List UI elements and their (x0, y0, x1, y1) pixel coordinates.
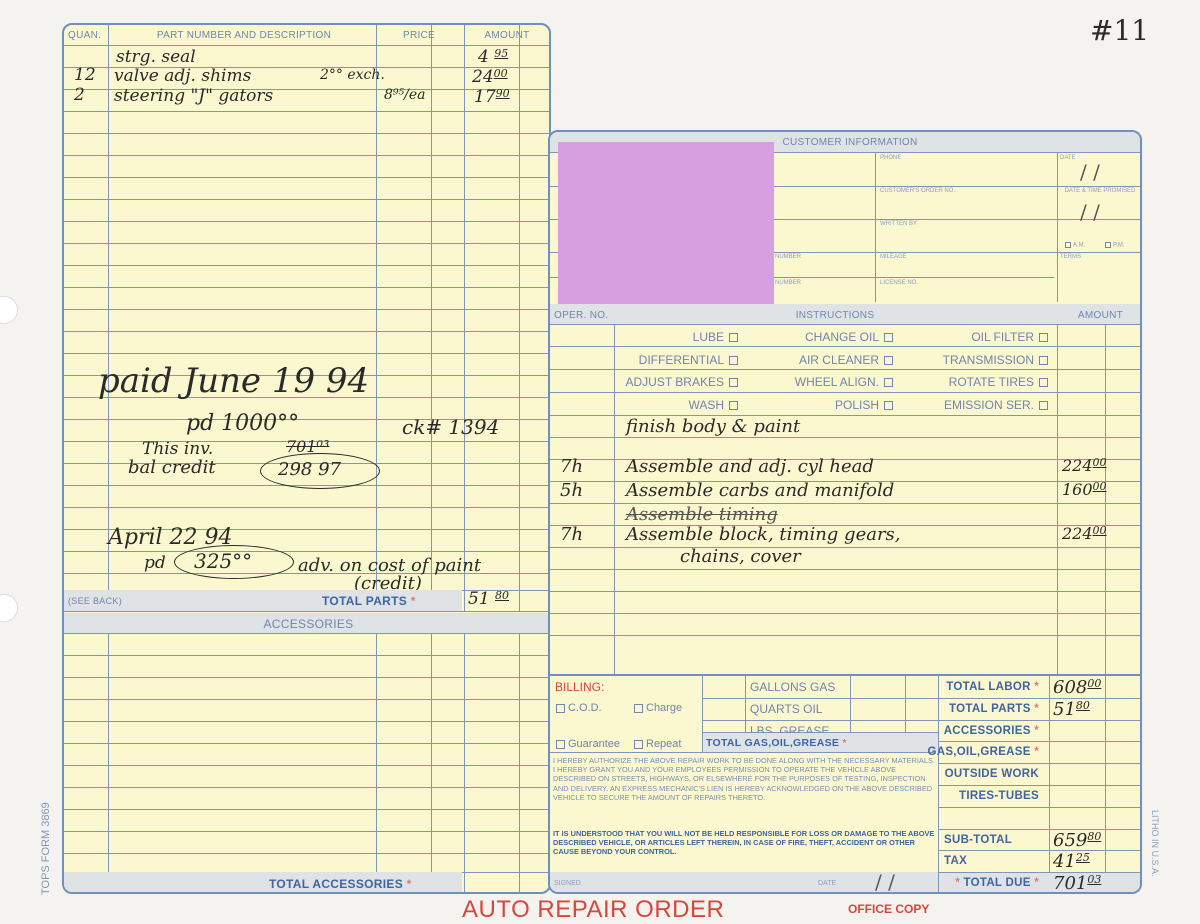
signature-field[interactable] (610, 875, 810, 893)
checkbox-emission-ser[interactable]: EMISSION SER. (944, 398, 1048, 412)
totals-label-sub-total: SUB-TOTAL (944, 834, 1012, 846)
printer-note: LITHO IN U.S.A. (1150, 810, 1160, 877)
header-instructions: INSTRUCTIONS (614, 310, 1056, 321)
checkbox-air-cleaner[interactable]: AIR CLEANER (799, 353, 893, 367)
header-quan: QUAN. (68, 30, 101, 41)
part-row-2-amount: 2400 (472, 67, 508, 87)
labor-oper-no: 7h (560, 524, 583, 545)
engine-number-label: NUMBER (775, 280, 801, 286)
note-balance-credit-label: bal credit (128, 457, 216, 478)
mileage-label: MILEAGE (880, 254, 907, 260)
binder-hole (0, 296, 18, 324)
license-no-label: LICENSE NO. (880, 280, 918, 286)
note-balance-credit-amount: 298 97 (278, 459, 341, 480)
document-title: AUTO REPAIR ORDER (462, 896, 724, 924)
total-parts-value: 51 80 (468, 589, 509, 609)
am-checkbox[interactable]: A.M. (1065, 242, 1085, 249)
total-parts-label: TOTAL PARTS * (322, 594, 416, 608)
signature-date-field[interactable]: / / (875, 870, 895, 894)
part-row-3-desc: steering "J" gators (114, 86, 273, 106)
labor-oper-no: 7h (560, 456, 583, 477)
note-paid-amount: pd 1000°° (186, 411, 299, 436)
labor-instruction: Assemble and adj. cyl head (626, 456, 874, 477)
header-amount: AMOUNT (464, 30, 550, 41)
header-price: PRICE (376, 30, 462, 41)
header-description: PART NUMBER AND DESCRIPTION (154, 30, 334, 41)
labor-amount: 22400 (1062, 456, 1107, 475)
note-april-pd-label: pd (144, 553, 166, 573)
date-label: DATE (1060, 155, 1076, 161)
pm-checkbox[interactable]: P.M. (1105, 242, 1125, 249)
totals-label-accessories: ACCESSORIES * (944, 725, 1039, 737)
parts-panel: QUAN. PART NUMBER AND DESCRIPTION PRICE … (62, 23, 551, 894)
totals-label-tax: TAX (944, 855, 967, 867)
note-paid-date: paid June 19 94 (98, 361, 369, 401)
checkbox-lube[interactable]: LUBE (693, 330, 738, 344)
checkbox-rotate-tires[interactable]: ROTATE TIRES (949, 375, 1048, 389)
see-back-note: (SEE BACK) (68, 596, 122, 606)
note-this-invoice-label: This inv. (142, 439, 213, 459)
form-id: TOPS FORM 3869 (40, 802, 52, 895)
checkbox-polish[interactable]: POLISH (835, 398, 893, 412)
part-row-3-amount: 1790 (474, 87, 510, 107)
note-april-amount: 325°° (194, 549, 252, 573)
labor-amount: 16000 (1062, 480, 1107, 499)
part-row-3-price: 8⁹⁵/ea (384, 87, 425, 103)
total-gas-oil-grease-label: TOTAL GAS,OIL,GREASE * (706, 737, 847, 749)
labor-instruction: Assemble block, timing gears, (626, 524, 901, 545)
header-labor-amount: AMOUNT (1057, 310, 1142, 321)
repair-panel: CUSTOMER INFORMATION PHONE DATE / / CUST… (548, 130, 1142, 894)
binder-hole (0, 594, 18, 622)
checkbox-transmission[interactable]: TRANSMISSION (943, 353, 1048, 367)
totals-label-total-labor: TOTAL LABOR * (946, 681, 1039, 693)
promised-date-field[interactable]: / / (1080, 200, 1100, 224)
gas-row-label: QUARTS OIL (750, 702, 822, 716)
redaction-sticker (558, 142, 774, 304)
terms-label: TERMS (1060, 254, 1081, 260)
checkbox-change-oil[interactable]: CHANGE OIL (805, 330, 893, 344)
gas-row-label: GALLONS GAS (750, 680, 835, 694)
disclaimer-text: IT IS UNDERSTOOD THAT YOU WILL NOT BE HE… (553, 829, 937, 857)
written-by-label: WRITTEN BY (880, 221, 917, 227)
part-row-2-quan: 12 (74, 65, 96, 85)
billing-option-charge[interactable]: Charge (634, 702, 682, 714)
checkbox-wash[interactable]: WASH (688, 398, 738, 412)
part-row-1-amount: 4 95 (478, 47, 508, 67)
checkbox-wheel-align[interactable]: WHEEL ALIGN. (795, 375, 893, 389)
totals-value: 70103 (1053, 873, 1101, 894)
part-row-3-quan: 2 (74, 85, 85, 105)
billing-option-guarantee[interactable]: Guarantee (556, 738, 620, 750)
labor-instruction: finish body & paint (626, 416, 800, 437)
totals-value: 5180 (1053, 699, 1090, 720)
totals-label-total-due: * TOTAL DUE * (955, 877, 1039, 889)
totals-label-total-parts: TOTAL PARTS * (949, 703, 1039, 715)
phone-label: PHONE (880, 155, 901, 161)
totals-label-outside-work: OUTSIDE WORK (945, 768, 1039, 780)
totals-value: 4125 (1053, 851, 1090, 872)
checkbox-differential[interactable]: DIFFERENTIAL (639, 353, 738, 367)
note-check-number: ck# 1394 (402, 415, 499, 439)
labor-instruction: Assemble timing (626, 504, 778, 525)
total-accessories-label: TOTAL ACCESSORIES * (269, 877, 412, 891)
date-field[interactable]: / / (1080, 160, 1100, 184)
billing-option-cod[interactable]: C.O.D. (556, 702, 602, 714)
totals-value: 60800 (1053, 677, 1101, 698)
signed-label: SIGNED (554, 880, 581, 887)
authorization-text: I HEREBY AUTHORIZE THE ABOVE REPAIR WORK… (553, 756, 937, 802)
signature-date-label: DATE (818, 880, 836, 887)
part-row-2-desc: valve adj. shims (114, 66, 251, 86)
header-oper-no: OPER. NO. (554, 310, 608, 321)
copy-label: OFFICE COPY (848, 902, 929, 916)
billing-option-repeat[interactable]: Repeat (634, 738, 681, 750)
page-mark: #11 (1090, 14, 1149, 47)
totals-value: 65980 (1053, 830, 1101, 851)
part-row-1-desc: strg. seal (116, 47, 196, 67)
totals-label-gas-oil-grease: GAS,OIL,GREASE * (927, 746, 1039, 758)
labor-instruction: chains, cover (680, 546, 801, 567)
accessories-header: ACCESSORIES (64, 617, 551, 631)
checkbox-oil-filter[interactable]: OIL FILTER (971, 330, 1048, 344)
labor-amount: 22400 (1062, 524, 1107, 543)
date-time-promised-label: DATE & TIME PROMISED (1060, 188, 1140, 194)
serial-number-label: NUMBER (775, 254, 801, 260)
customer-order-label: CUSTOMER'S ORDER NO. (880, 188, 955, 194)
labor-oper-no: 5h (560, 480, 583, 501)
labor-instruction: Assemble carbs and manifold (626, 480, 894, 501)
part-row-2-price: 2°° exch. (320, 67, 385, 83)
billing-label: BILLING: (555, 680, 604, 694)
totals-label-tires-tubes: TIRES-TUBES (959, 790, 1039, 802)
checkbox-adjust-brakes[interactable]: ADJUST BRAKES (626, 375, 738, 389)
